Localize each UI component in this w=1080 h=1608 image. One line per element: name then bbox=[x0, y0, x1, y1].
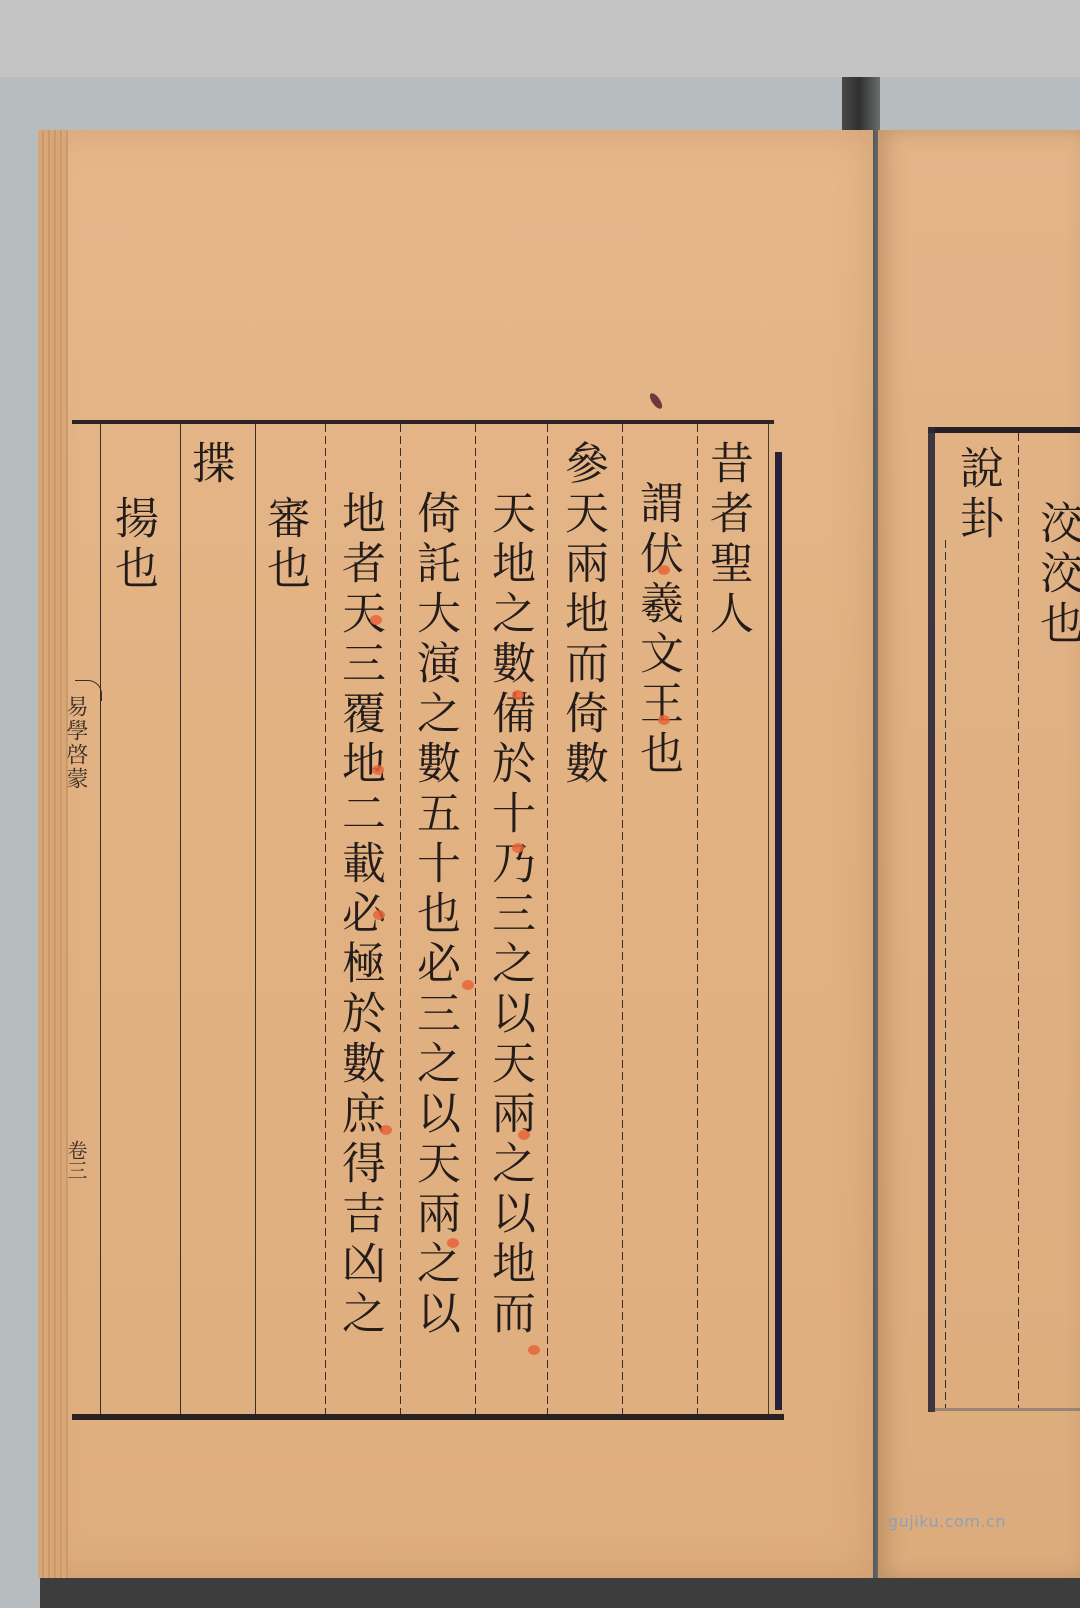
right-frame-top bbox=[928, 427, 1080, 433]
page-edges bbox=[38, 130, 68, 1578]
right-text-column-2: 洨洨也 bbox=[1035, 500, 1079, 650]
right-column-divider bbox=[945, 540, 946, 1408]
punctuation-mark bbox=[512, 690, 524, 700]
right-page bbox=[878, 130, 1080, 1578]
text-column-5: 倚託大演之數五十也必三之以天兩之以 bbox=[412, 490, 456, 1340]
bottom-shadow bbox=[40, 1578, 1080, 1608]
punctuation-mark bbox=[528, 1345, 540, 1355]
text-column-1: 昔者聖人 bbox=[705, 440, 749, 640]
column-divider bbox=[255, 424, 256, 1414]
column-divider bbox=[100, 424, 101, 1414]
watermark: gujiku.com.cn bbox=[888, 1512, 1006, 1531]
frame-top-border bbox=[72, 420, 774, 424]
margin-book-title: 易學啓蒙 bbox=[60, 695, 91, 791]
frame-bottom-border bbox=[72, 1414, 784, 1420]
punctuation-mark bbox=[462, 980, 474, 990]
frame-inner-line bbox=[768, 424, 769, 1414]
right-text-column-1: 說卦 bbox=[955, 445, 999, 545]
column-divider bbox=[697, 424, 698, 1414]
punctuation-mark bbox=[447, 1238, 459, 1248]
column-divider bbox=[325, 424, 326, 1414]
right-column-divider bbox=[1018, 433, 1019, 1408]
text-column-8: 揲 bbox=[187, 440, 231, 490]
column-divider bbox=[400, 424, 401, 1414]
punctuation-mark bbox=[380, 1125, 392, 1135]
frame-right-border bbox=[775, 452, 782, 1410]
text-column-3: 參天兩地而倚數 bbox=[560, 440, 604, 790]
punctuation-mark bbox=[518, 1130, 530, 1140]
punctuation-mark bbox=[370, 615, 382, 625]
text-column-9: 揚也 bbox=[110, 495, 154, 595]
column-divider bbox=[475, 424, 476, 1414]
punctuation-mark bbox=[512, 843, 524, 853]
margin-volume-number: 卷三 bbox=[62, 1140, 91, 1180]
text-column-4: 天地之數備於十乃三之以天兩之以地而 bbox=[487, 490, 531, 1340]
column-divider bbox=[547, 424, 548, 1414]
right-frame-left bbox=[928, 427, 935, 1412]
text-column-7: 審也 bbox=[262, 495, 306, 595]
column-divider bbox=[180, 424, 181, 1414]
punctuation-mark bbox=[658, 715, 670, 725]
right-frame-bottom bbox=[935, 1408, 1080, 1411]
text-column-2: 謂伏羲文王也 bbox=[635, 480, 679, 780]
column-divider bbox=[622, 424, 623, 1414]
punctuation-mark bbox=[658, 565, 670, 575]
top-background-band bbox=[0, 0, 1080, 77]
punctuation-mark bbox=[373, 910, 385, 920]
punctuation-mark bbox=[372, 765, 384, 775]
